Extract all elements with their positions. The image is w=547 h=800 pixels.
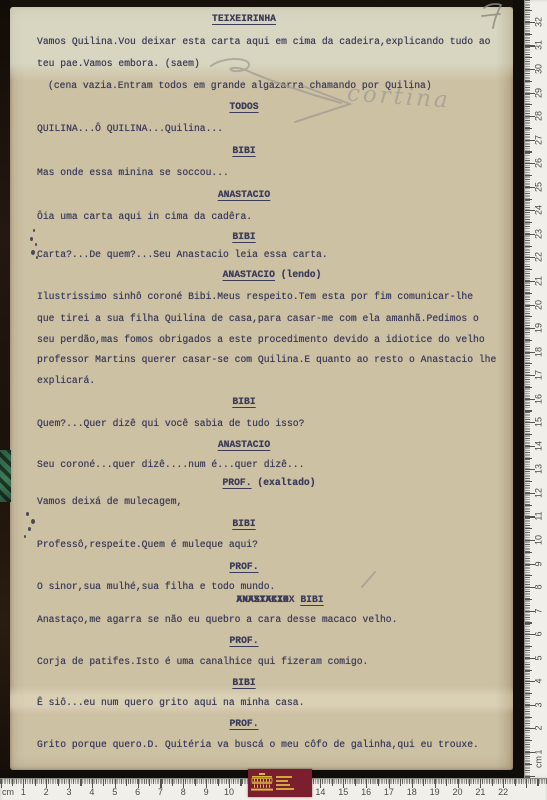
character-heading: BIBI [37,144,451,157]
ruler-number: 11 [532,509,546,524]
ruler-number: 4 [532,674,546,689]
ruler-number: 4 [89,787,94,797]
dialogue-line: Ilustrissimo sinhô coroné Bibi.Meus resp… [37,290,473,303]
ink-blot [31,519,35,524]
dialogue-line: O sinor,sua mulhé,sua filha e todo mundo… [37,580,275,593]
ruler-number: 8 [532,580,546,595]
ink-blot [36,256,38,259]
ruler-number: 15 [532,415,546,430]
ink-blot [35,243,37,246]
ruler-number: 26 [532,156,546,171]
ruler-number: 14 [315,787,325,797]
ruler-number: 29 [532,85,546,100]
ruler-number: 9 [204,787,209,797]
dialogue-line: professor Martins querer casar-se com Qu… [37,353,496,366]
character-heading: TEIXEIRINHA [37,12,451,25]
ruler-number: 14 [532,438,546,453]
character-heading: PROF. [37,634,451,647]
overtyped-strikeout: ANASTACIOXXXXXXXXXX [236,593,288,606]
ruler-number: 12 [532,485,546,500]
character-heading: BIBI [37,230,451,243]
ruler-number: 5 [112,787,117,797]
character-heading: ANASTACIO [37,188,451,201]
ruler-number: 20 [452,787,462,797]
dialogue-line: Ôia uma carta aqui in cima da cadêra. [37,210,252,223]
dialogue-line: Quem?...Quer dizê qui você sabia de tudo… [37,417,304,430]
scan-border-left [0,0,10,778]
character-heading: ANASTACIO [37,438,451,451]
ink-blot [33,229,35,232]
ruler-number: 25 [532,179,546,194]
ruler-number: 10 [224,787,234,797]
dialogue-line: Ê siô...eu num quero grito aqui na minha… [37,696,304,709]
ruler-number: 24 [532,203,546,218]
dialogue-line: Corja de patifes.Isto é uma canalhice qu… [37,655,368,668]
character-heading: BIBI [37,676,451,689]
ruler-number: 16 [361,787,371,797]
scanned-script-page: TEIXEIRINHAVamos Quilina.Vou deixar esta… [0,0,547,800]
ruler-number: 5 [532,650,546,665]
character-heading: PROF. [37,560,451,573]
vertical-ruler: cm 3231302928272625242322212019181716151… [524,0,547,778]
dialogue-line: Carta?...De quem?...Seu Anastacio leia e… [37,248,328,261]
ruler-number: 30 [532,62,546,77]
ink-blot [31,250,35,255]
ink-blot [28,527,31,531]
ruler-number: 3 [67,787,72,797]
ruler-number: 17 [384,787,394,797]
ruler-number: 21 [475,787,485,797]
character-heading: BIBI [37,395,451,408]
dialogue-line: Grito porque quero.D. Quitéria va buscá … [37,738,479,751]
ruler-unit-label: cm [2,787,14,797]
dialogue-line: Professô,respeite.Quem é muleque aqui? [37,538,258,551]
ruler-number: 23 [532,226,546,241]
ruler-number: 2 [532,721,546,736]
ruler-number: 1 [532,744,546,759]
ruler-number: 15 [338,787,348,797]
ruler-number: 3 [532,697,546,712]
dialogue-line: Vamos deixá de mulecagem, [37,495,182,508]
character-heading: PROF. (exaltado) [62,476,476,489]
ruler-number: 6 [532,627,546,642]
building-icon [251,773,273,793]
ruler-number: 7 [158,787,163,797]
character-heading: ANASTACIO (lendo) [65,268,479,281]
archive-logo [248,769,312,797]
scan-border-right [513,0,524,778]
dialogue-line: que tirei a sua filha Quilina de casa,pa… [37,312,479,325]
ruler-number: 10 [532,533,546,548]
dialogue-line: Mas onde essa minina se soccou... [37,166,229,179]
ruler-number: 8 [181,787,186,797]
ink-blot [30,237,33,241]
ink-blot [24,535,26,538]
ruler-number: 2 [44,787,49,797]
ruler-number: 18 [407,787,417,797]
logo-text-lines [276,776,294,789]
ruler-number: 28 [532,109,546,124]
ruler-number: 18 [532,344,546,359]
ruler-number: 17 [532,368,546,383]
ruler-number: 22 [532,250,546,265]
character-heading: ANASTACIOXXXXXXXXXX BIBI [73,593,487,606]
binding-cloth-fragment [0,450,11,502]
dialogue-line: Vamos Quilina.Vou deixar esta carta aqui… [37,35,490,48]
ruler-number: 31 [532,38,546,53]
character-heading: BIBI [37,517,451,530]
ink-blot [26,512,29,516]
ruler-number: 6 [135,787,140,797]
ruler-number: 20 [532,297,546,312]
dialogue-line: Anastaço,me agarra se não eu quebro a ca… [37,613,397,626]
ruler-number: 22 [498,787,508,797]
ruler-number: 19 [532,321,546,336]
ruler-number: 19 [430,787,440,797]
ruler-number: 7 [532,603,546,618]
ruler-number: 13 [532,462,546,477]
ruler-number: 1 [21,787,26,797]
dialogue-line: Seu coroné...quer dizê....num é...quer d… [37,458,304,471]
ruler-number: 16 [532,391,546,406]
paper-tone-band-right [495,7,513,770]
character-heading: PROF. [37,717,451,730]
ruler-number: 27 [532,132,546,147]
ruler-number: 32 [532,14,546,29]
ruler-number: 9 [532,556,546,571]
dialogue-line: QUILINA...Ô QUILINA...Quilina... [37,122,223,135]
ruler-number: 21 [532,273,546,288]
dialogue-line: seu perdão,mas fomos obrigados a este pr… [37,333,485,346]
dialogue-line: teu pae.Vamos embora. (saem) [37,57,200,70]
dialogue-line: explicará. [37,374,95,387]
